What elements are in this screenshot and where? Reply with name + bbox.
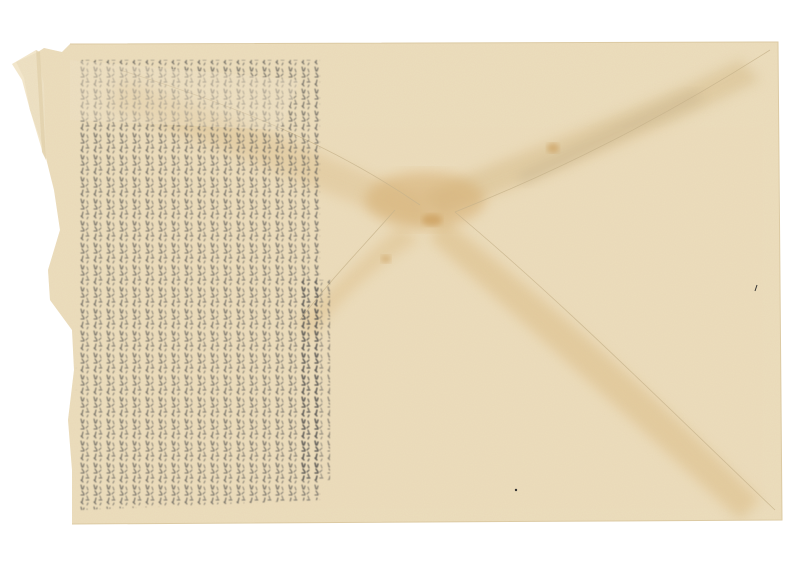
envelope-photo [0, 0, 800, 566]
